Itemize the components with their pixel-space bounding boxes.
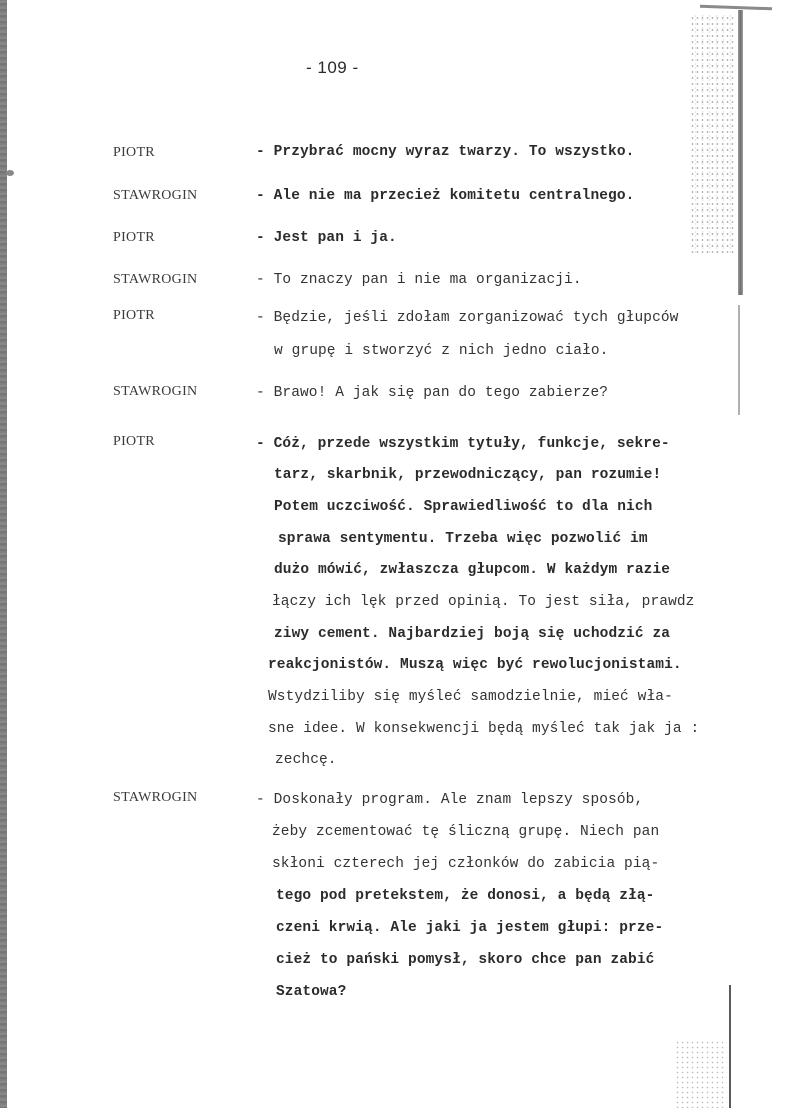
dialogue-line: - Doskonały program. Ale znam lepszy spo… (256, 792, 643, 808)
scan-noise (690, 15, 736, 255)
dialogue-line: cież to pański pomysł, skoro chce pan za… (276, 952, 654, 968)
dialogue-line: - Cóż, przede wszystkim tytuły, funkcje,… (256, 436, 670, 452)
dialogue-line: łączy ich lęk przed opinią. To jest siła… (272, 594, 694, 610)
dialogue-line: - Ale nie ma przecież komitetu centralne… (256, 188, 634, 204)
dialogue-line: Wstydziliby się myśleć samodzielnie, mie… (268, 689, 673, 705)
scan-left-edge (0, 0, 7, 1108)
speaker-name: PIOTR (113, 230, 155, 246)
speaker-name: PIOTR (113, 434, 155, 450)
dialogue-line: ziwy cement. Najbardziej boją się uchodz… (274, 626, 670, 642)
scan-speck (6, 170, 14, 176)
dialogue-line: - To znaczy pan i nie ma organizacji. (256, 272, 582, 288)
dialogue-line: Szatowa? (276, 984, 346, 1000)
speaker-name: PIOTR (113, 308, 155, 324)
dialogue-line: Potem uczciwość. Sprawiedliwość to dla n… (274, 499, 652, 515)
dialogue-line: w grupę i stworzyć z nich jedno ciało. (274, 343, 608, 359)
speaker-name: STAWROGIN (113, 272, 197, 288)
scan-right-line (738, 305, 740, 415)
dialogue-line: żeby zcementować tę śliczną grupę. Niech… (272, 824, 659, 840)
dialogue-line: skłoni czterech jej członków do zabicia … (272, 856, 659, 872)
dialogue-line: czeni krwią. Ale jaki ja jestem głupi: p… (276, 920, 663, 936)
scan-noise-bottom (675, 1040, 727, 1108)
dialogue-line: tarz, skarbnik, przewodniczący, pan rozu… (274, 467, 661, 483)
dialogue-line: zechcę. (275, 752, 337, 768)
dialogue-line: - Brawo! A jak się pan do tego zabierze? (256, 385, 608, 401)
speaker-name: STAWROGIN (113, 790, 197, 806)
speaker-name: STAWROGIN (113, 188, 197, 204)
scan-right-line-bottom (729, 985, 731, 1108)
scan-right-edge (738, 10, 743, 295)
dialogue-line: sprawa sentymentu. Trzeba więc pozwolić … (278, 531, 648, 547)
page-number: - 109 - (306, 58, 359, 78)
dialogue-line: - Przybrać mocny wyraz twarzy. To wszyst… (256, 144, 634, 160)
dialogue-line: sne idee. W konsekwencji będą myśleć tak… (268, 721, 699, 737)
dialogue-line: - Będzie, jeśli zdołam zorganizować tych… (256, 310, 678, 326)
dialogue-line: tego pod pretekstem, że donosi, a będą z… (276, 888, 654, 904)
dialogue-line: dużo mówić, zwłaszcza głupcom. W każdym … (274, 562, 670, 578)
speaker-name: STAWROGIN (113, 384, 197, 400)
speaker-name: PIOTR (113, 145, 155, 161)
scan-artifact-line (700, 5, 772, 11)
dialogue-line: - Jest pan i ja. (256, 230, 397, 246)
dialogue-line: reakcjonistów. Muszą więc być rewolucjon… (268, 657, 682, 673)
